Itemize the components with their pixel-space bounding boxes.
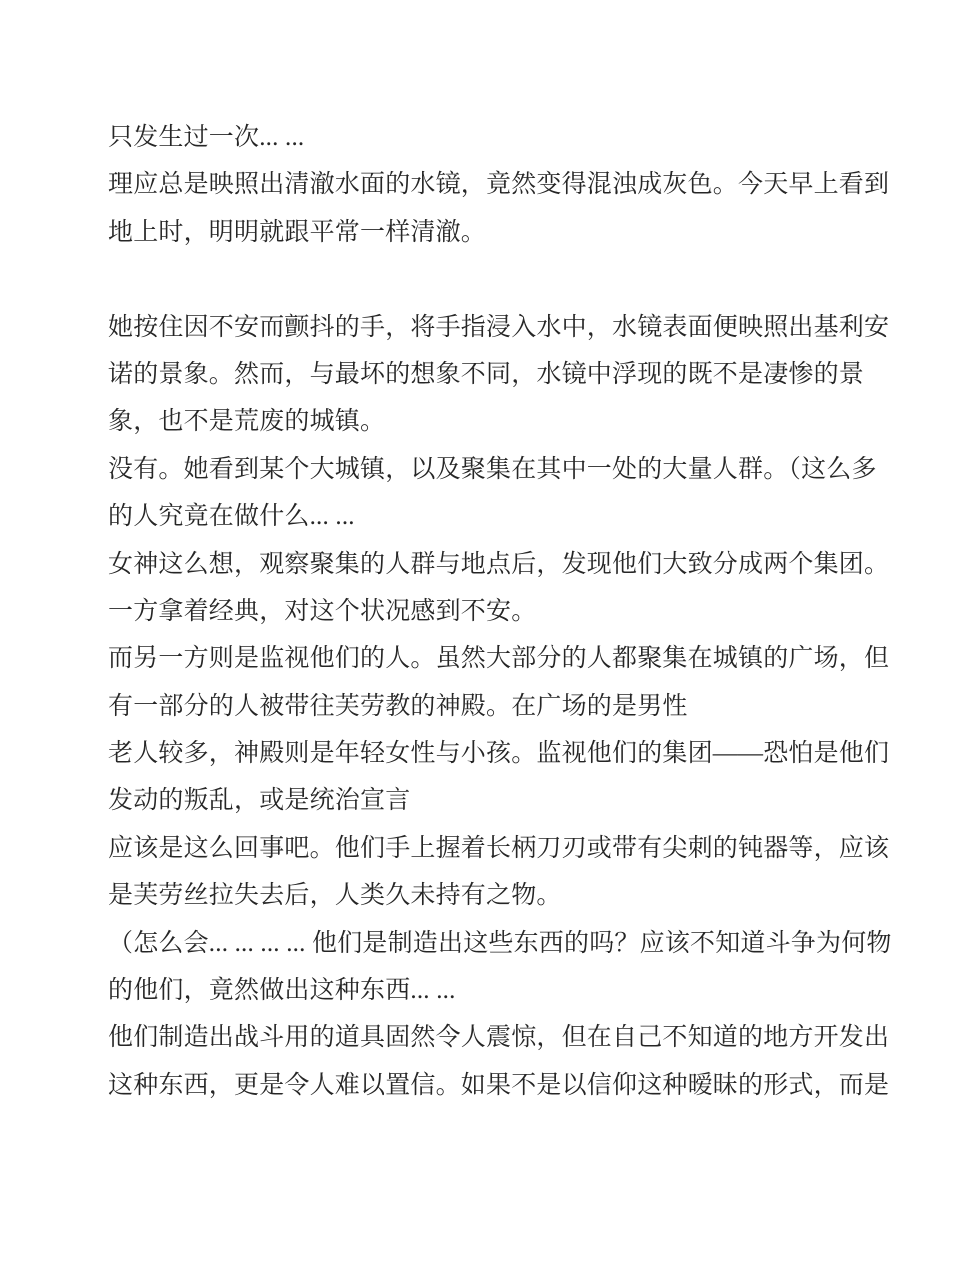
- text-line: 地上时，明明就跟平常一样清澈。: [108, 209, 908, 256]
- text-line: 老人较多，神殿则是年轻女性与小孩。监视他们的集团——恐怕是他们: [108, 730, 908, 777]
- text-line: 的他们，竟然做出这种东西... ...: [108, 967, 908, 1014]
- text-line: 只发生过一次... ...: [108, 114, 908, 161]
- text-line: 一方拿着经典，对这个状况感到不安。: [108, 588, 908, 635]
- text-line: 这种东西，更是令人难以置信。如果不是以信仰这种暧昧的形式，而是: [108, 1062, 908, 1109]
- text-line: 象，也不是荒废的城镇。: [108, 398, 908, 445]
- text-line: 是芙劳丝拉失去后，人类久未持有之物。: [108, 872, 908, 919]
- blank-line: [108, 256, 908, 303]
- text-line: 而另一方则是监视他们的人。虽然大部分的人都聚集在城镇的广场，但: [108, 635, 908, 682]
- text-line: 有一部分的人被带往芙劳教的神殿。在广场的是男性: [108, 683, 908, 730]
- text-line: 他们制造出战斗用的道具固然令人震惊，但在自己不知道的地方开发出: [108, 1014, 908, 1061]
- text-line: 理应总是映照出清澈水面的水镜，竟然变得混浊成灰色。今天早上看到: [108, 161, 908, 208]
- text-line: 她按住因不安而颤抖的手，将手指浸入水中，水镜表面便映照出基利安: [108, 304, 908, 351]
- text-line: （怎么会... ... ... ... 他们是制造出这些东西的吗？应该不知道斗争…: [108, 920, 908, 967]
- text-line: 发动的叛乱，或是统治宣言: [108, 777, 908, 824]
- text-line: 应该是这么回事吧。他们手上握着长柄刀刃或带有尖刺的钝器等，应该: [108, 825, 908, 872]
- text-line: 诺的景象。然而，与最坏的想象不同，水镜中浮现的既不是凄惨的景: [108, 351, 908, 398]
- text-line: 没有。她看到某个大城镇，以及聚集在其中一处的大量人群。（这么多: [108, 446, 908, 493]
- text-line: 女神这么想，观察聚集的人群与地点后，发现他们大致分成两个集团。: [108, 541, 908, 588]
- text-line: 的人究竟在做什么... ...: [108, 493, 908, 540]
- text-block: 只发生过一次... ...理应总是映照出清澈水面的水镜，竟然变得混浊成灰色。今天…: [108, 114, 908, 1109]
- document-page: 只发生过一次... ...理应总是映照出清澈水面的水镜，竟然变得混浊成灰色。今天…: [0, 0, 979, 1268]
